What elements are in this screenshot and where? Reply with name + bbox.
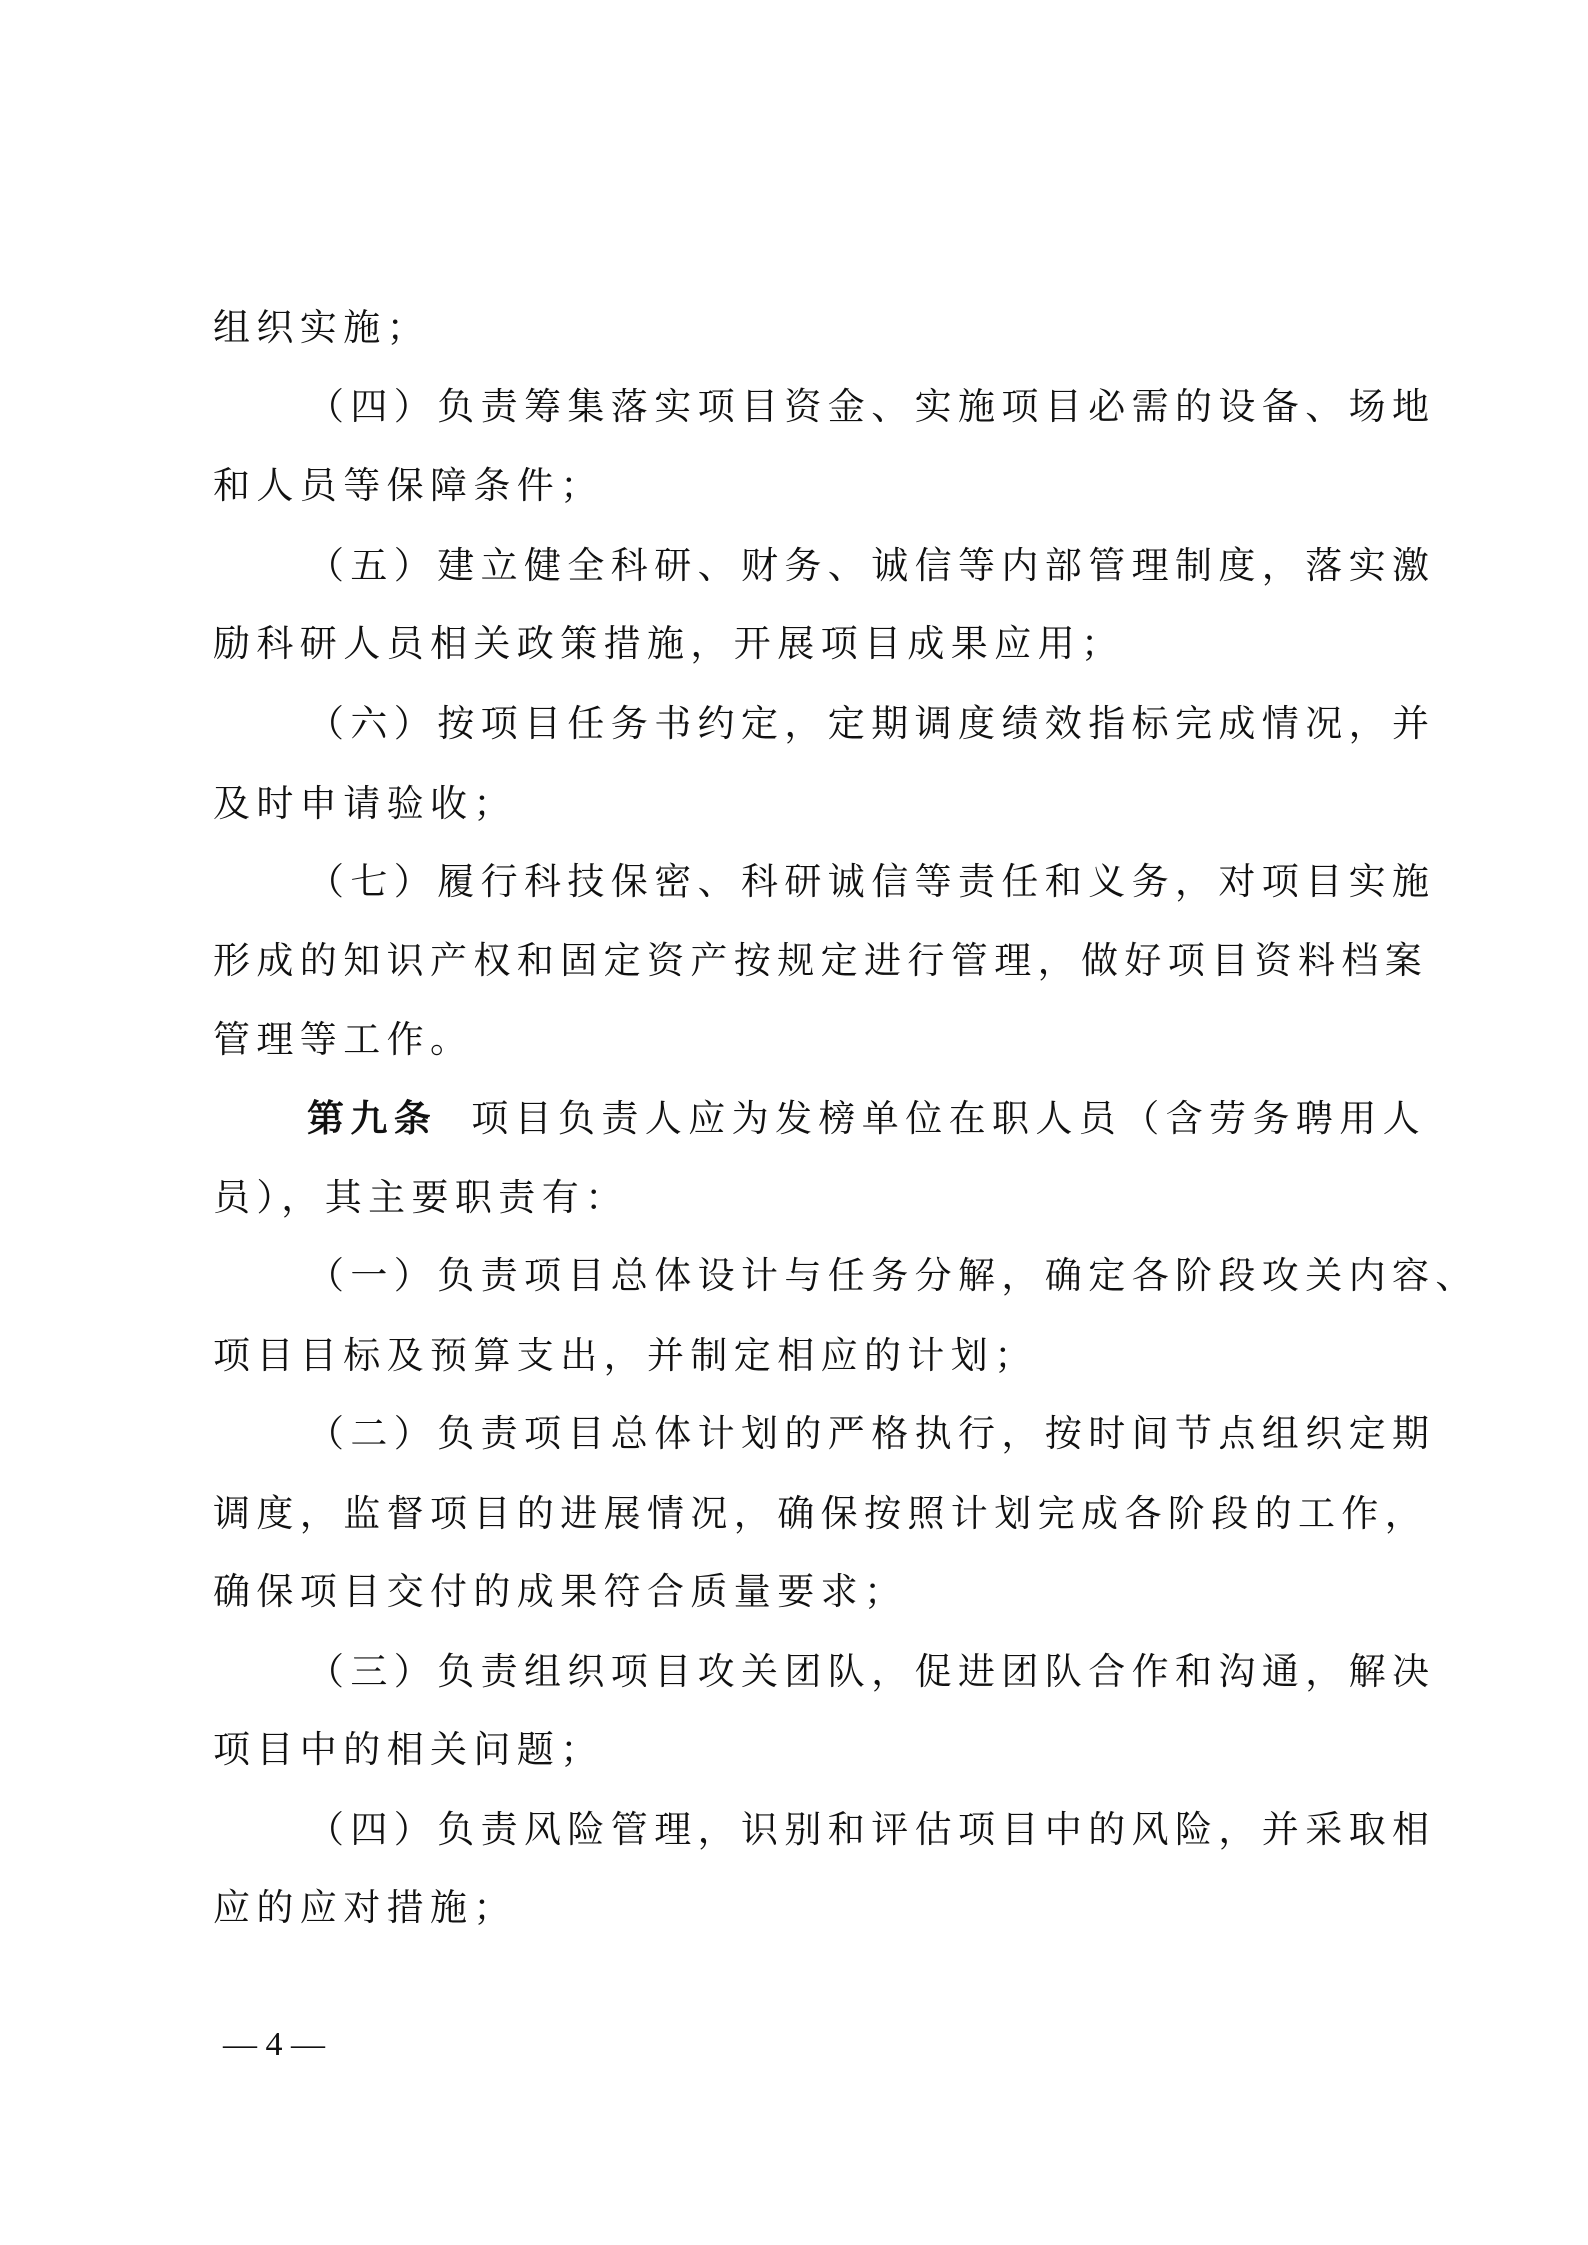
- text-line: 形成的知识产权和固定资产按规定进行管理，做好项目资料档案: [213, 939, 1428, 983]
- text-line: 及时申请验收；: [213, 782, 517, 826]
- list-item-4b: （四）负责风险管理，识别和评估项目中的风险，并采取相: [307, 1808, 1435, 1852]
- list-item-2: （二）负责项目总体计划的严格执行，按时间节点组织定期: [307, 1412, 1435, 1456]
- list-item-3: （三）负责组织项目攻关团队，促进团队合作和沟通，解决: [307, 1650, 1435, 1694]
- article-heading: 第九条: [307, 1096, 437, 1140]
- text-line: 励科研人员相关政策措施，开展项目成果应用；: [213, 622, 1124, 666]
- list-item-7: （七）履行科技保密、科研诚信等责任和义务，对项目实施: [307, 860, 1435, 904]
- text-line: 员），其主要职责有：: [213, 1176, 629, 1220]
- text-line: 应的应对措施；: [213, 1886, 517, 1930]
- page-number: — 4 —: [223, 2025, 325, 2065]
- list-item-4: （四）负责筹集落实项目资金、实施项目必需的设备、场地: [307, 385, 1435, 429]
- list-item-5: （五）建立健全科研、财务、诚信等内部管理制度，落实激: [307, 544, 1435, 588]
- list-item-6: （六）按项目任务书约定，定期调度绩效指标完成情况，并: [307, 702, 1435, 746]
- text-line: 组织实施；: [213, 306, 430, 350]
- article-text: 项目负责人应为发榜单位在职人员（含劳务聘用人: [471, 1097, 1426, 1140]
- text-line: 项目中的相关问题；: [213, 1728, 604, 1772]
- article-9-first-line: 第九条项目负责人应为发榜单位在职人员（含劳务聘用人: [307, 1096, 1426, 1141]
- text-line: 项目目标及预算支出，并制定相应的计划；: [213, 1334, 1038, 1378]
- document-page: 组织实施； （四）负责筹集落实项目资金、实施项目必需的设备、场地 和人员等保障条…: [0, 0, 1588, 2245]
- text-line: 调度，监督项目的进展情况，确保按照计划完成各阶段的工作，: [213, 1492, 1428, 1536]
- text-line: 管理等工作。: [213, 1018, 473, 1062]
- text-line: 和人员等保障条件；: [213, 464, 604, 508]
- text-line: 确保项目交付的成果符合质量要求；: [213, 1570, 907, 1614]
- list-item-1: （一）负责项目总体设计与任务分解，确定各阶段攻关内容、: [307, 1254, 1479, 1298]
